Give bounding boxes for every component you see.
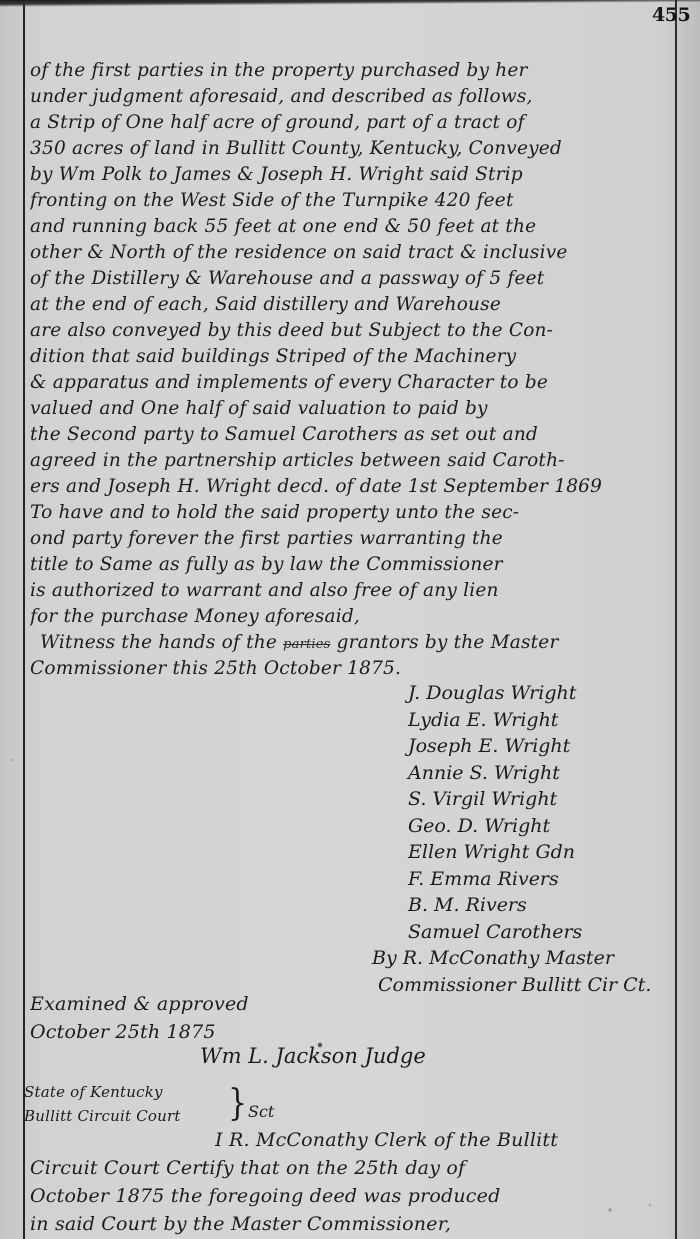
body-line: To have and to hold the said property un… [30,500,670,526]
struck-word: parties [283,637,330,652]
body-line: dition that said buildings Striped of th… [30,344,670,370]
body-line: under judgment aforesaid, and described … [30,84,670,110]
body-line: of the first parties in the property pur… [30,58,670,84]
signature: B. M. Rivers [408,892,673,919]
body-line: fronting on the West Side of the Turnpik… [30,188,670,214]
clerk-certificate: I R. McConathy Clerk of the Bullitt Circ… [30,1126,675,1238]
caption-state: State of Kentucky [24,1080,181,1104]
deed-body: of the first parties in the property pur… [30,58,670,682]
signature-block: J. Douglas Wright Lydia E. Wright Joseph… [408,680,673,998]
document-page: 455 of the first parties in the property… [0,0,700,1239]
signature: Joseph E. Wright [408,733,673,760]
cert-line: I R. McConathy Clerk of the Bullitt [30,1126,675,1154]
body-line: 350 acres of land in Bullitt County, Ken… [30,136,670,162]
body-line: title to Same as fully as by law the Com… [30,552,670,578]
signature: J. Douglas Wright [408,680,673,707]
signature: Lydia E. Wright [408,707,673,734]
body-line: ers and Joseph H. Wright decd. of date 1… [30,474,670,500]
page-top-edge [0,0,700,7]
body-line: and running back 55 feet at one end & 50… [30,214,670,240]
witness-line: Witness the hands of the parties grantor… [30,630,670,656]
approval-date: October 25th 1875 [30,1018,249,1046]
right-margin-rule [675,0,677,1239]
signature: F. Emma Rivers [408,866,673,893]
left-margin-rule [23,0,25,1239]
signature: Geo. D. Wright [408,813,673,840]
witness-text-before: Witness the hands of the [30,632,277,653]
caption-court: Bullitt Circuit Court [24,1104,181,1128]
body-line: for the purchase Money aforesaid, [30,604,670,630]
signature: Ellen Wright Gdn [408,839,673,866]
signature: S. Virgil Wright [408,786,673,813]
body-line: other & North of the residence on said t… [30,240,670,266]
witness-text-after: grantors by the Master [337,632,559,653]
signature: Samuel Carothers [408,919,673,946]
body-line: agreed in the partnership articles betwe… [30,448,670,474]
body-line: ond party forever the first parties warr… [30,526,670,552]
body-line: by Wm Polk to James & Joseph H. Wright s… [30,162,670,188]
body-line: a Strip of One half acre of ground, part… [30,110,670,136]
signature: Annie S. Wright [408,760,673,787]
body-line: at the end of each, Said distillery and … [30,292,670,318]
body-line: is authorized to warrant and also free o… [30,578,670,604]
body-line: the Second party to Samuel Carothers as … [30,422,670,448]
master-commissioner-signature: By R. McConathy Master [372,945,673,972]
approval-block: Examined & approved October 25th 1875 [30,990,249,1046]
master-commissioner-title: Commissioner Bullitt Cir Ct. [378,972,673,999]
commissioner-line: Commissioner this 25th October 1875. [30,656,670,682]
approval-line: Examined & approved [30,990,249,1018]
cert-line: in said Court by the Master Commissioner… [30,1210,675,1238]
cert-line: Circuit Court Certify that on the 25th d… [30,1154,675,1182]
judge-signature: Wm L. Jackson Judge [200,1044,426,1068]
brace-glyph: } [228,1083,247,1125]
scilicet-label: Sct [248,1102,274,1121]
body-line: are also conveyed by this deed but Subje… [30,318,670,344]
cert-line: October 1875 the foregoing deed was prod… [30,1182,675,1210]
page-number: 455 [652,4,690,26]
venue-caption: State of Kentucky Bullitt Circuit Court [24,1080,181,1128]
body-line: & apparatus and implements of every Char… [30,370,670,396]
body-line: valued and One half of said valuation to… [30,396,670,422]
body-line: of the Distillery & Warehouse and a pass… [30,266,670,292]
